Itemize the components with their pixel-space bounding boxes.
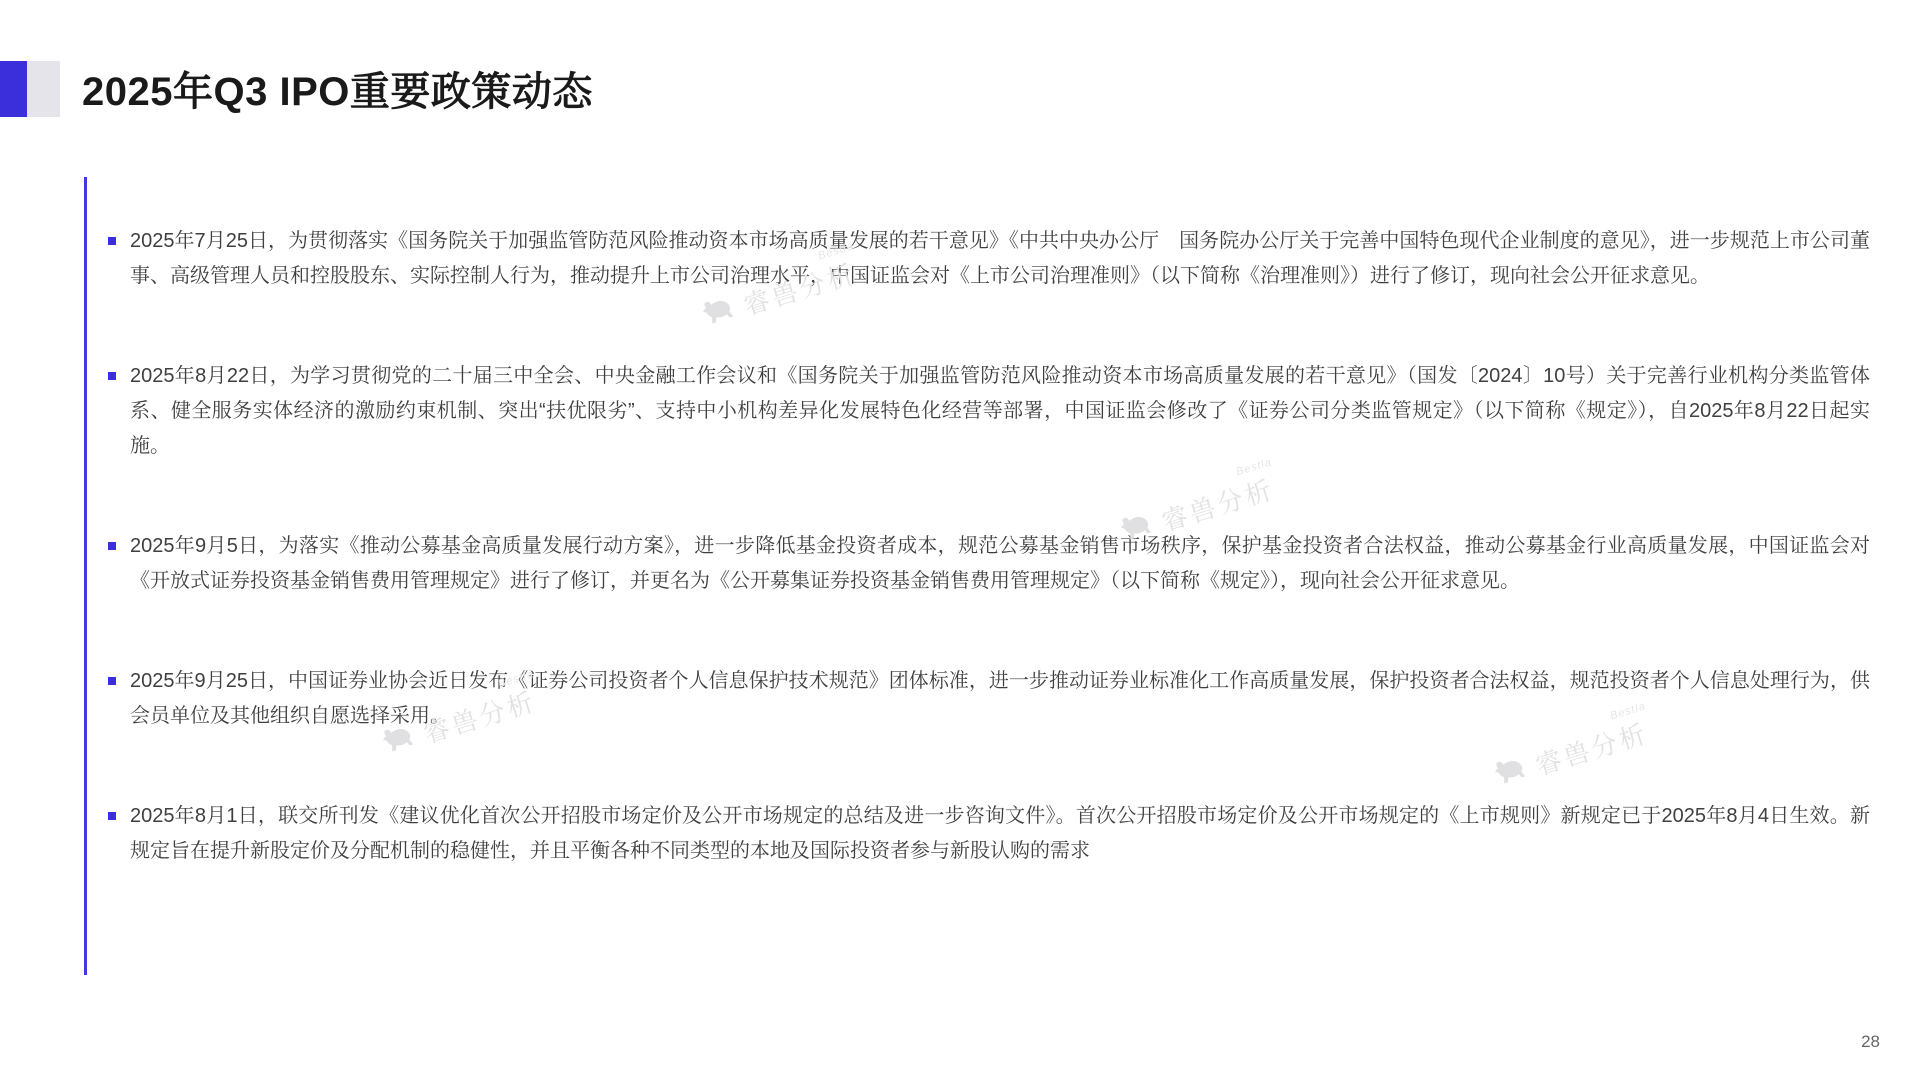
- policy-item: 2025年9月25日，中国证券业协会近日发布《证券公司投资者个人信息保护技术规范…: [130, 664, 1870, 734]
- title-accent-blue-square: [0, 61, 27, 117]
- policy-item-text: 2025年9月5日，为落实《推动公募基金高质量发展行动方案》，进一步降低基金投资…: [130, 535, 1870, 592]
- policy-item: 2025年7月25日，为贯彻落实《国务院关于加强监管防范风险推动资本市场高质量发…: [130, 224, 1870, 294]
- bullet-square-icon: [108, 677, 116, 685]
- policy-item-text: 2025年7月25日，为贯彻落实《国务院关于加强监管防范风险推动资本市场高质量发…: [130, 230, 1870, 287]
- policy-item-text: 2025年9月25日，中国证券业协会近日发布《证券公司投资者个人信息保护技术规范…: [130, 670, 1870, 727]
- policy-content-panel: 2025年7月25日，为贯彻落实《国务院关于加强监管防范风险推动资本市场高质量发…: [84, 177, 1870, 975]
- bullet-square-icon: [108, 812, 116, 820]
- policy-item-text: 2025年8月22日，为学习贯彻党的二十届三中全会、中央金融工作会议和《国务院关…: [130, 365, 1870, 457]
- bullet-square-icon: [108, 237, 116, 245]
- policy-item-text: 2025年8月1日，联交所刊发《建议优化首次公开招股市场定价及公开市场规定的总结…: [130, 805, 1870, 862]
- page-title: 2025年Q3 IPO重要政策动态: [82, 60, 593, 117]
- policy-item: 2025年8月22日，为学习贯彻党的二十届三中全会、中央金融工作会议和《国务院关…: [130, 359, 1870, 464]
- policy-list: 2025年7月25日，为贯彻落实《国务院关于加强监管防范风险推动资本市场高质量发…: [87, 177, 1870, 869]
- bullet-square-icon: [108, 372, 116, 380]
- bullet-square-icon: [108, 542, 116, 550]
- title-accent-gray-square: [27, 61, 60, 117]
- page-number: 28: [1861, 1032, 1880, 1052]
- policy-item: 2025年9月5日，为落实《推动公募基金高质量发展行动方案》，进一步降低基金投资…: [130, 529, 1870, 599]
- slide: 2025年Q3 IPO重要政策动态 2025年7月25日，为贯彻落实《国务院关于…: [0, 0, 1920, 1080]
- policy-item: 2025年8月1日，联交所刊发《建议优化首次公开招股市场定价及公开市场规定的总结…: [130, 799, 1870, 869]
